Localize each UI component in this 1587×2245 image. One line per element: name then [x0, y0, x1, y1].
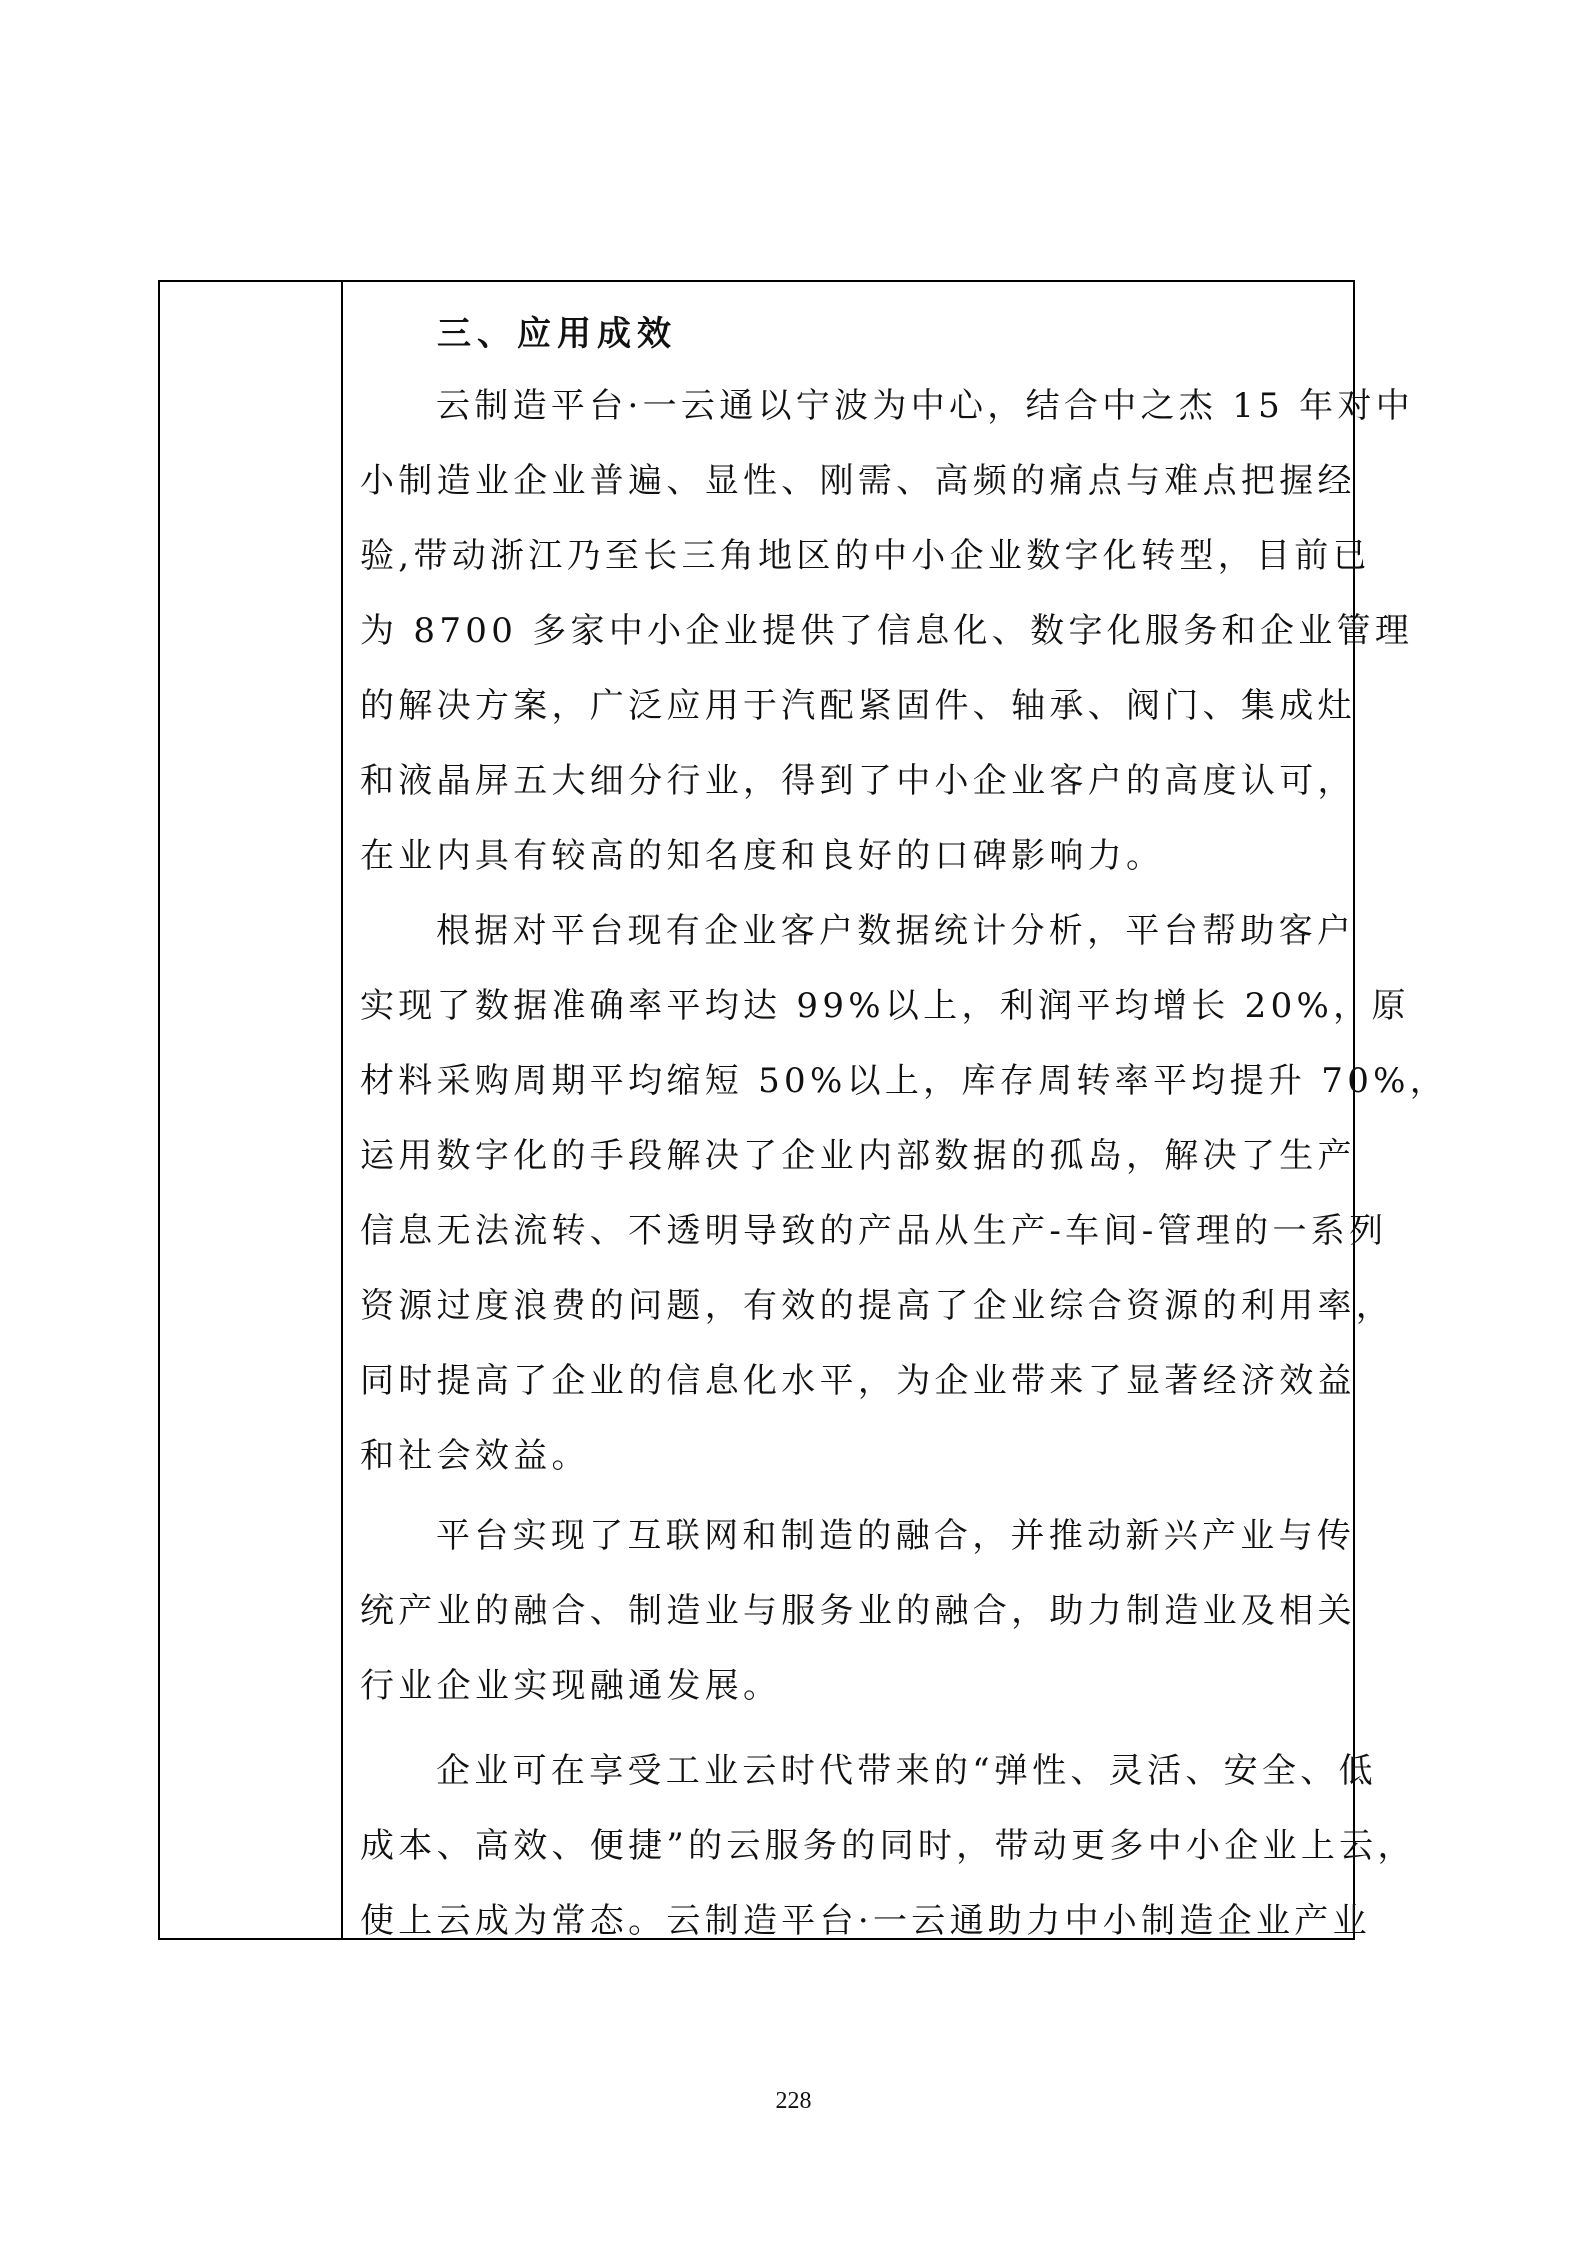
paragraph-line: 云制造平台·一云通以宁波为中心，结合中之杰 15 年对中	[436, 386, 1414, 426]
paragraph-line: 使上云成为常态。云制造平台·一云通助力中小制造企业产业	[360, 1901, 1371, 1941]
paragraph-line: 成本、高效、便捷”的云服务的同时，带动更多中小企业上云，	[360, 1826, 1416, 1866]
paragraph-line: 行业企业实现融通发展。	[360, 1666, 781, 1706]
paragraph-line: 资源过度浪费的问题，有效的提高了企业综合资源的利用率，	[360, 1286, 1394, 1326]
paragraph-line: 根据对平台现有企业客户数据统计分析，平台帮助客户	[436, 911, 1355, 951]
paragraph-line: 平台实现了互联网和制造的融合，并推动新兴产业与传	[436, 1516, 1355, 1556]
table-content-cell: 三、应用成效 云制造平台·一云通以宁波为中心，结合中之杰 15 年对中 小制造业…	[343, 282, 1353, 1938]
paragraph-line: 在业内具有较高的知名度和良好的口碑影响力。	[360, 836, 1164, 876]
section-heading: 三、应用成效	[437, 314, 677, 354]
paragraph-line: 和社会效益。	[360, 1436, 590, 1476]
paragraph-line: 同时提高了企业的信息化水平，为企业带来了显著经济效益	[360, 1361, 1356, 1401]
paragraph-line: 为 8700 多家中小企业提供了信息化、数字化服务和企业管理	[360, 611, 1413, 651]
table-label-cell	[160, 282, 341, 1938]
paragraph-line: 和液晶屏五大细分行业，得到了中小企业客户的高度认可，	[360, 761, 1356, 801]
paragraph-line: 验,带动浙江乃至长三角地区的中小企业数字化转型，目前已	[360, 536, 1371, 576]
paragraph-line: 信息无法流转、不透明导致的产品从生产-车间-管理的一系列	[360, 1211, 1387, 1251]
paragraph-line: 材料采购周期平均缩短 50%以上，库存周转率平均提升 70%，	[360, 1061, 1448, 1101]
page-number: 228	[0, 2086, 1587, 2116]
paragraph-line: 的解决方案，广泛应用于汽配紧固件、轴承、阀门、集成灶	[360, 686, 1356, 726]
paragraph-line: 企业可在享受工业云时代带来的“弹性、灵活、安全、低	[436, 1751, 1377, 1791]
paragraph-line: 小制造业企业普遍、显性、刚需、高频的痛点与难点把握经	[360, 461, 1356, 501]
paragraph-line: 统产业的融合、制造业与服务业的融合，助力制造业及相关	[360, 1591, 1356, 1631]
content-table: 三、应用成效 云制造平台·一云通以宁波为中心，结合中之杰 15 年对中 小制造业…	[158, 280, 1355, 1940]
paragraph-line: 运用数字化的手段解决了企业内部数据的孤岛，解决了生产	[360, 1136, 1356, 1176]
paragraph-line: 实现了数据准确率平均达 99%以上，利润平均增长 20%，原	[360, 986, 1410, 1026]
